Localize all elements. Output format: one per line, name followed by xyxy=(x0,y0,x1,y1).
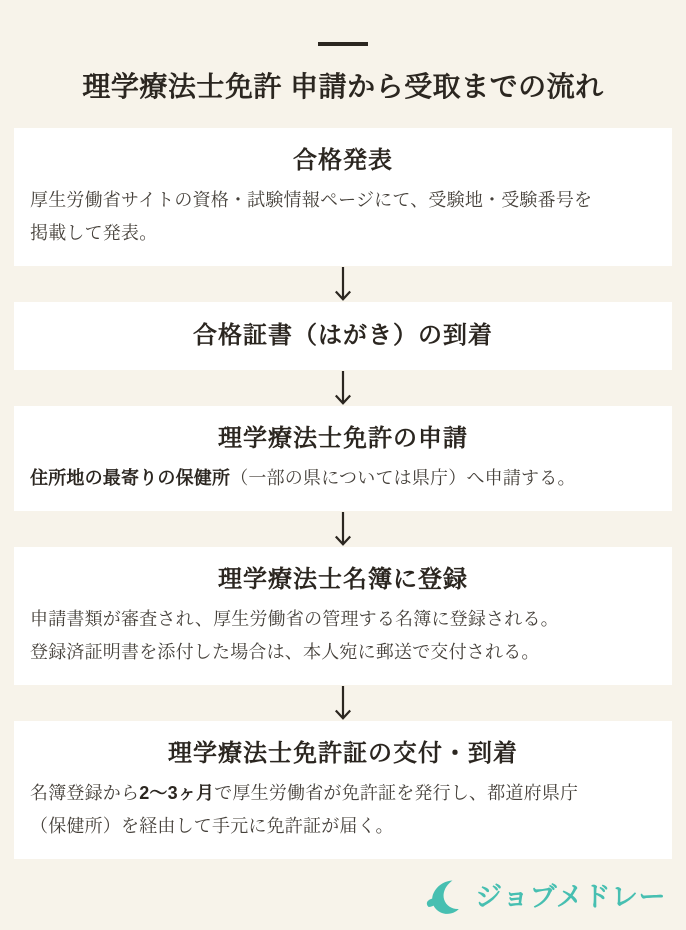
step-body-bold-text: 住所地の最寄りの保健所 xyxy=(30,468,230,488)
step-body-text: 厚生労働省サイトの資格・試験情報ページにて、受験地・受験番号を xyxy=(30,190,592,210)
flow-step: 合格発表 厚生労働省サイトの資格・試験情報ページにて、受験地・受験番号を掲載して… xyxy=(14,128,672,266)
step-body-text: （一部の県については県庁）へ申請する。 xyxy=(230,468,575,488)
header: 理学療法士免許 申請から受取までの流れ xyxy=(14,42,672,128)
down-arrow-icon xyxy=(14,266,672,302)
down-arrow-icon xyxy=(14,370,672,406)
infographic: 理学療法士免許 申請から受取までの流れ 合格発表 厚生労働省サイトの資格・試験情… xyxy=(0,0,686,930)
jobmedley-logo-icon xyxy=(426,880,464,915)
step-body-text: で厚生労働省が免許証を発行し、都道府県庁 xyxy=(214,783,578,803)
flow-step: 理学療法士免許の申請 住所地の最寄りの保健所（一部の県については県庁）へ申請する… xyxy=(14,406,672,511)
step-body-line: 掲載して発表。 xyxy=(30,217,656,249)
header-divider xyxy=(318,42,368,46)
step-heading: 合格発表 xyxy=(30,143,656,179)
flow-step: 理学療法士名簿に登録 申請書類が審査され、厚生労働省の管理する名簿に登録される。… xyxy=(14,547,672,685)
step-body-text: 掲載して発表。 xyxy=(30,223,157,243)
step-heading: 理学療法士免許の申請 xyxy=(30,421,656,457)
step-heading: 理学療法士名簿に登録 xyxy=(30,562,656,598)
step-body-bold-text: 2〜3ヶ月 xyxy=(139,783,214,803)
step-body: 申請書類が審査され、厚生労働省の管理する名簿に登録される。登録済証明書を添付した… xyxy=(30,603,656,668)
footer: ジョブメドレー xyxy=(14,880,672,915)
step-body-line: 登録済証明書を添付した場合は、本人宛に郵送で交付される。 xyxy=(30,636,656,668)
step-body-line: （保健所）を経由して手元に免許証が届く。 xyxy=(30,810,656,842)
step-body-line: 厚生労働省サイトの資格・試験情報ページにて、受験地・受験番号を xyxy=(30,184,656,216)
flow: 合格発表 厚生労働省サイトの資格・試験情報ページにて、受験地・受験番号を掲載して… xyxy=(14,128,672,859)
flow-step: 理学療法士免許証の交付・到着 名簿登録から2〜3ヶ月で厚生労働省が免許証を発行し… xyxy=(14,721,672,859)
step-heading: 理学療法士免許証の交付・到着 xyxy=(30,736,656,772)
step-body: 厚生労働省サイトの資格・試験情報ページにて、受験地・受験番号を掲載して発表。 xyxy=(30,184,656,249)
step-body-line: 申請書類が審査され、厚生労働省の管理する名簿に登録される。 xyxy=(30,603,656,635)
step-body-text: 登録済証明書を添付した場合は、本人宛に郵送で交付される。 xyxy=(30,642,540,662)
page-title: 理学療法士免許 申請から受取までの流れ xyxy=(14,71,672,103)
down-arrow-icon xyxy=(14,685,672,721)
jobmedley-logo-text: ジョブメドレー xyxy=(475,884,666,911)
flow-step: 合格証書（はがき）の到着 xyxy=(14,302,672,370)
step-heading: 合格証書（はがき）の到着 xyxy=(193,318,493,354)
step-body-text: 名簿登録から xyxy=(30,783,139,803)
step-body-line: 名簿登録から2〜3ヶ月で厚生労働省が免許証を発行し、都道府県庁 xyxy=(30,777,656,809)
step-body-text: （保健所）を経由して手元に免許証が届く。 xyxy=(30,816,394,836)
down-arrow-icon xyxy=(14,511,672,547)
step-body: 住所地の最寄りの保健所（一部の県については県庁）へ申請する。 xyxy=(30,462,656,494)
step-body: 名簿登録から2〜3ヶ月で厚生労働省が免許証を発行し、都道府県庁（保健所）を経由し… xyxy=(30,777,656,842)
step-body-text: 申請書類が審査され、厚生労働省の管理する名簿に登録される。 xyxy=(30,609,559,629)
step-body-line: 住所地の最寄りの保健所（一部の県については県庁）へ申請する。 xyxy=(30,462,656,494)
